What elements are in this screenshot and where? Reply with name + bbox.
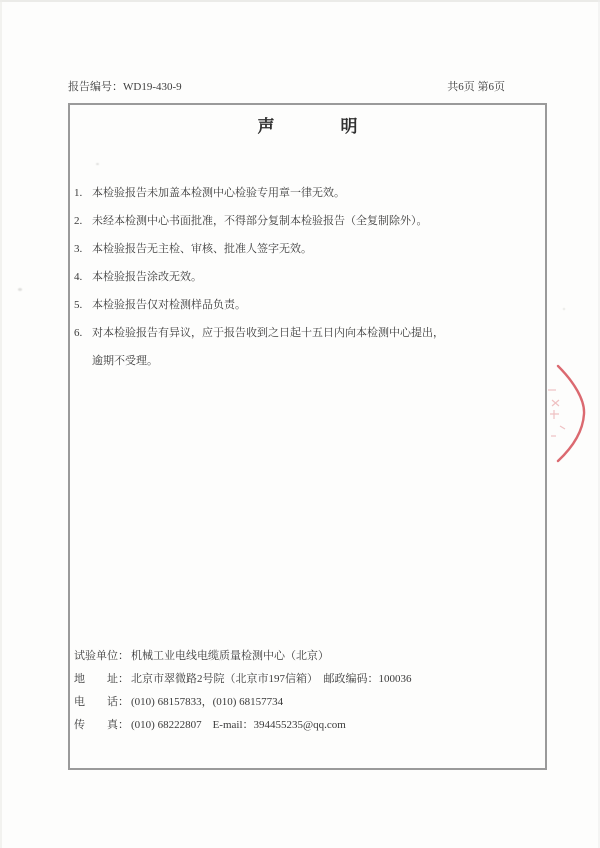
contact-label: 地 址：	[74, 673, 129, 686]
contact-row-phone: 电 话： (010) 68157833，(010) 68157734	[74, 696, 543, 709]
scan-edge-left	[0, 0, 2, 848]
stamp-faint-marks	[548, 390, 565, 436]
report-declaration-page: { "header": { "report_no_label": "报告编号："…	[0, 0, 600, 848]
declaration-list: 1. 本检验报告未加盖本检测中心检验专用章一律无效。 2. 未经本检测中心书面批…	[70, 187, 545, 367]
red-stamp-arc	[538, 356, 598, 471]
declaration-item-4: 4. 本检验报告涂改无效。	[74, 271, 545, 283]
contact-row-organization: 试验单位： 机械工业电线电缆质量检测中心（北京）	[74, 650, 543, 663]
contact-block: 试验单位： 机械工业电线电缆质量检测中心（北京） 地 址： 北京市翠微路2号院（…	[74, 650, 543, 742]
page-title: 声明	[70, 117, 545, 137]
scan-speck	[563, 308, 565, 310]
report-number: 报告编号：WD19-430-9	[68, 80, 182, 94]
item-text: 本检验报告涂改无效。	[92, 271, 202, 283]
contact-row-fax-email: 传 真： (010) 68222807 E-mail：394455235@qq.…	[74, 719, 543, 732]
scan-speck	[96, 163, 99, 165]
contact-row-address: 地 址： 北京市翠微路2号院（北京市197信箱） 邮政编码：100036	[74, 673, 543, 686]
declaration-item-6-continuation: 逾期不受理。	[74, 355, 545, 367]
item-number: 5.	[74, 299, 92, 311]
page-header: 报告编号：WD19-430-9 共6页 第6页	[68, 80, 505, 94]
contact-value: (010) 68157833，(010) 68157734	[131, 696, 283, 709]
item-number: 3.	[74, 243, 92, 255]
item-text: 逾期不受理。	[92, 355, 158, 367]
item-number: 6.	[74, 327, 92, 339]
scan-speck	[18, 288, 22, 291]
item-text: 本检验报告未加盖本检测中心检验专用章一律无效。	[92, 187, 345, 199]
scan-edge-top	[0, 0, 600, 2]
declaration-item-1: 1. 本检验报告未加盖本检测中心检验专用章一律无效。	[74, 187, 545, 199]
declaration-item-2: 2. 未经本检测中心书面批准，不得部分复制本检验报告（全复制除外）。	[74, 215, 545, 227]
page-indicator: 共6页 第6页	[447, 80, 505, 94]
declaration-box: 声明 1. 本检验报告未加盖本检测中心检验专用章一律无效。 2. 未经本检测中心…	[68, 103, 547, 770]
item-text: 未经本检测中心书面批准，不得部分复制本检验报告（全复制除外）。	[92, 215, 428, 227]
declaration-item-5: 5. 本检验报告仅对检测样品负责。	[74, 299, 545, 311]
item-number: 2.	[74, 215, 92, 227]
stamp-arc-path	[558, 366, 584, 461]
contact-label: 传 真：	[74, 719, 129, 732]
contact-value: (010) 68222807 E-mail：394455235@qq.com	[131, 719, 346, 732]
report-number-value: WD19-430-9	[123, 81, 182, 93]
item-text: 本检验报告仅对检测样品负责。	[92, 299, 246, 311]
item-text: 对本检验报告有异议，应于报告收到之日起十五日内向本检测中心提出，	[92, 327, 444, 339]
declaration-item-3: 3. 本检验报告无主检、审核、批准人签字无效。	[74, 243, 545, 255]
contact-value: 北京市翠微路2号院（北京市197信箱） 邮政编码：100036	[131, 673, 412, 686]
contact-value: 机械工业电线电缆质量检测中心（北京）	[131, 650, 329, 663]
contact-label: 电 话：	[74, 696, 129, 709]
contact-label: 试验单位：	[74, 650, 129, 663]
report-number-label: 报告编号：	[68, 81, 123, 93]
item-number: 1.	[74, 187, 92, 199]
item-text: 本检验报告无主检、审核、批准人签字无效。	[92, 243, 312, 255]
item-number: 4.	[74, 271, 92, 283]
declaration-item-6: 6. 对本检验报告有异议，应于报告收到之日起十五日内向本检测中心提出，	[74, 327, 545, 339]
